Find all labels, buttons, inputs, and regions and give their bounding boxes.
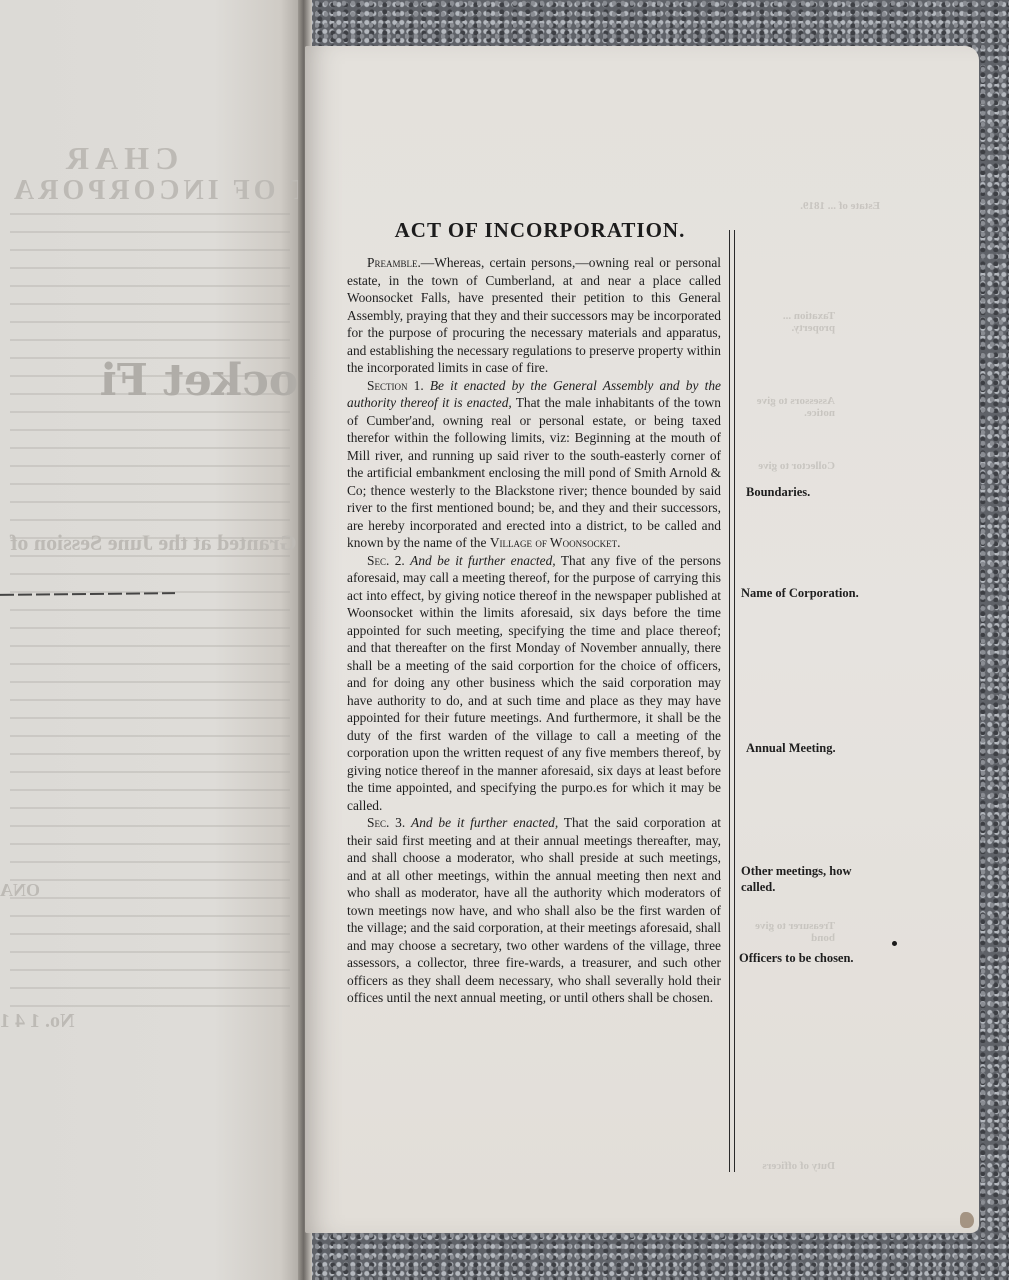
- margin-ghost-1: Estate of ... 1819.: [790, 200, 880, 212]
- margin-ghost-6: Duty of officers: [745, 1160, 835, 1172]
- left-page: CHAR ACT OF INCORPORA Woonsocket Fi Gran…: [0, 0, 305, 1280]
- bleedthrough-lines: [10, 200, 290, 1020]
- section-2-text: That any five of the persons aforesaid, …: [347, 553, 721, 813]
- margin-note-officers: Officers to be chosen.: [739, 950, 869, 966]
- section-3-enacting-clause: And be it further enacted,: [411, 815, 558, 830]
- section-2-paragraph: Sec. 2. And be it further enacted, That …: [347, 552, 721, 815]
- bleedthrough-number: No. 1 4 1: [0, 1010, 74, 1033]
- margin-ghost-3: Assessors to give notice.: [745, 395, 835, 419]
- section-2-lead: Sec. 2.: [367, 553, 405, 568]
- bleedthrough-blackletter: Woonsocket Fi: [100, 355, 305, 406]
- section-2-enacting-clause: And be it further enacted,: [410, 553, 555, 568]
- preamble-text: —Whereas, certain persons,—owning real o…: [347, 255, 721, 375]
- preamble-paragraph: Preamble.—Whereas, certain persons,—owni…: [347, 254, 721, 377]
- village-name: Village of Woonsocket.: [490, 535, 621, 550]
- margin-ghost-5: Treasurer to give bond: [745, 920, 835, 944]
- section-3-text: That the said corporation at their said …: [347, 815, 721, 1005]
- margin-note-annual-meeting: Annual Meeting.: [746, 740, 876, 756]
- act-body: Preamble.—Whereas, certain persons,—owni…: [347, 254, 721, 1007]
- preamble-lead: Preamble.: [367, 255, 421, 270]
- bleedthrough-heading: CHAR: [60, 140, 178, 177]
- margin-note-boundaries: Boundaries.: [746, 484, 876, 500]
- section-3-paragraph: Sec. 3. And be it further enacted, That …: [347, 814, 721, 1007]
- section-1-paragraph: Section 1. Be it enacted by the General …: [347, 377, 721, 552]
- margin-note-name-of-corporation: Name of Corporation.: [741, 585, 871, 601]
- margin-double-rule: [729, 230, 735, 1172]
- bleedthrough-granted-line: Granted at the June Session of: [10, 530, 297, 556]
- section-1-lead: Section 1.: [367, 378, 424, 393]
- section-3-lead: Sec. 3.: [367, 815, 405, 830]
- margin-ghost-2: Taxation ... property.: [745, 310, 835, 334]
- margin-ghost-4: Collector to give: [745, 460, 835, 472]
- page-title: ACT OF INCORPORATION.: [380, 218, 700, 243]
- bleedthrough-small: ONA: [0, 880, 40, 901]
- section-1-text: That the male inhabitants of the town of…: [347, 395, 721, 550]
- ink-spot: [892, 941, 897, 946]
- bleedthrough-subheading: ACT OF INCORPORA: [10, 175, 305, 207]
- margin-note-other-meetings: Other meetings, how called.: [741, 863, 871, 895]
- corner-stain: [960, 1212, 974, 1228]
